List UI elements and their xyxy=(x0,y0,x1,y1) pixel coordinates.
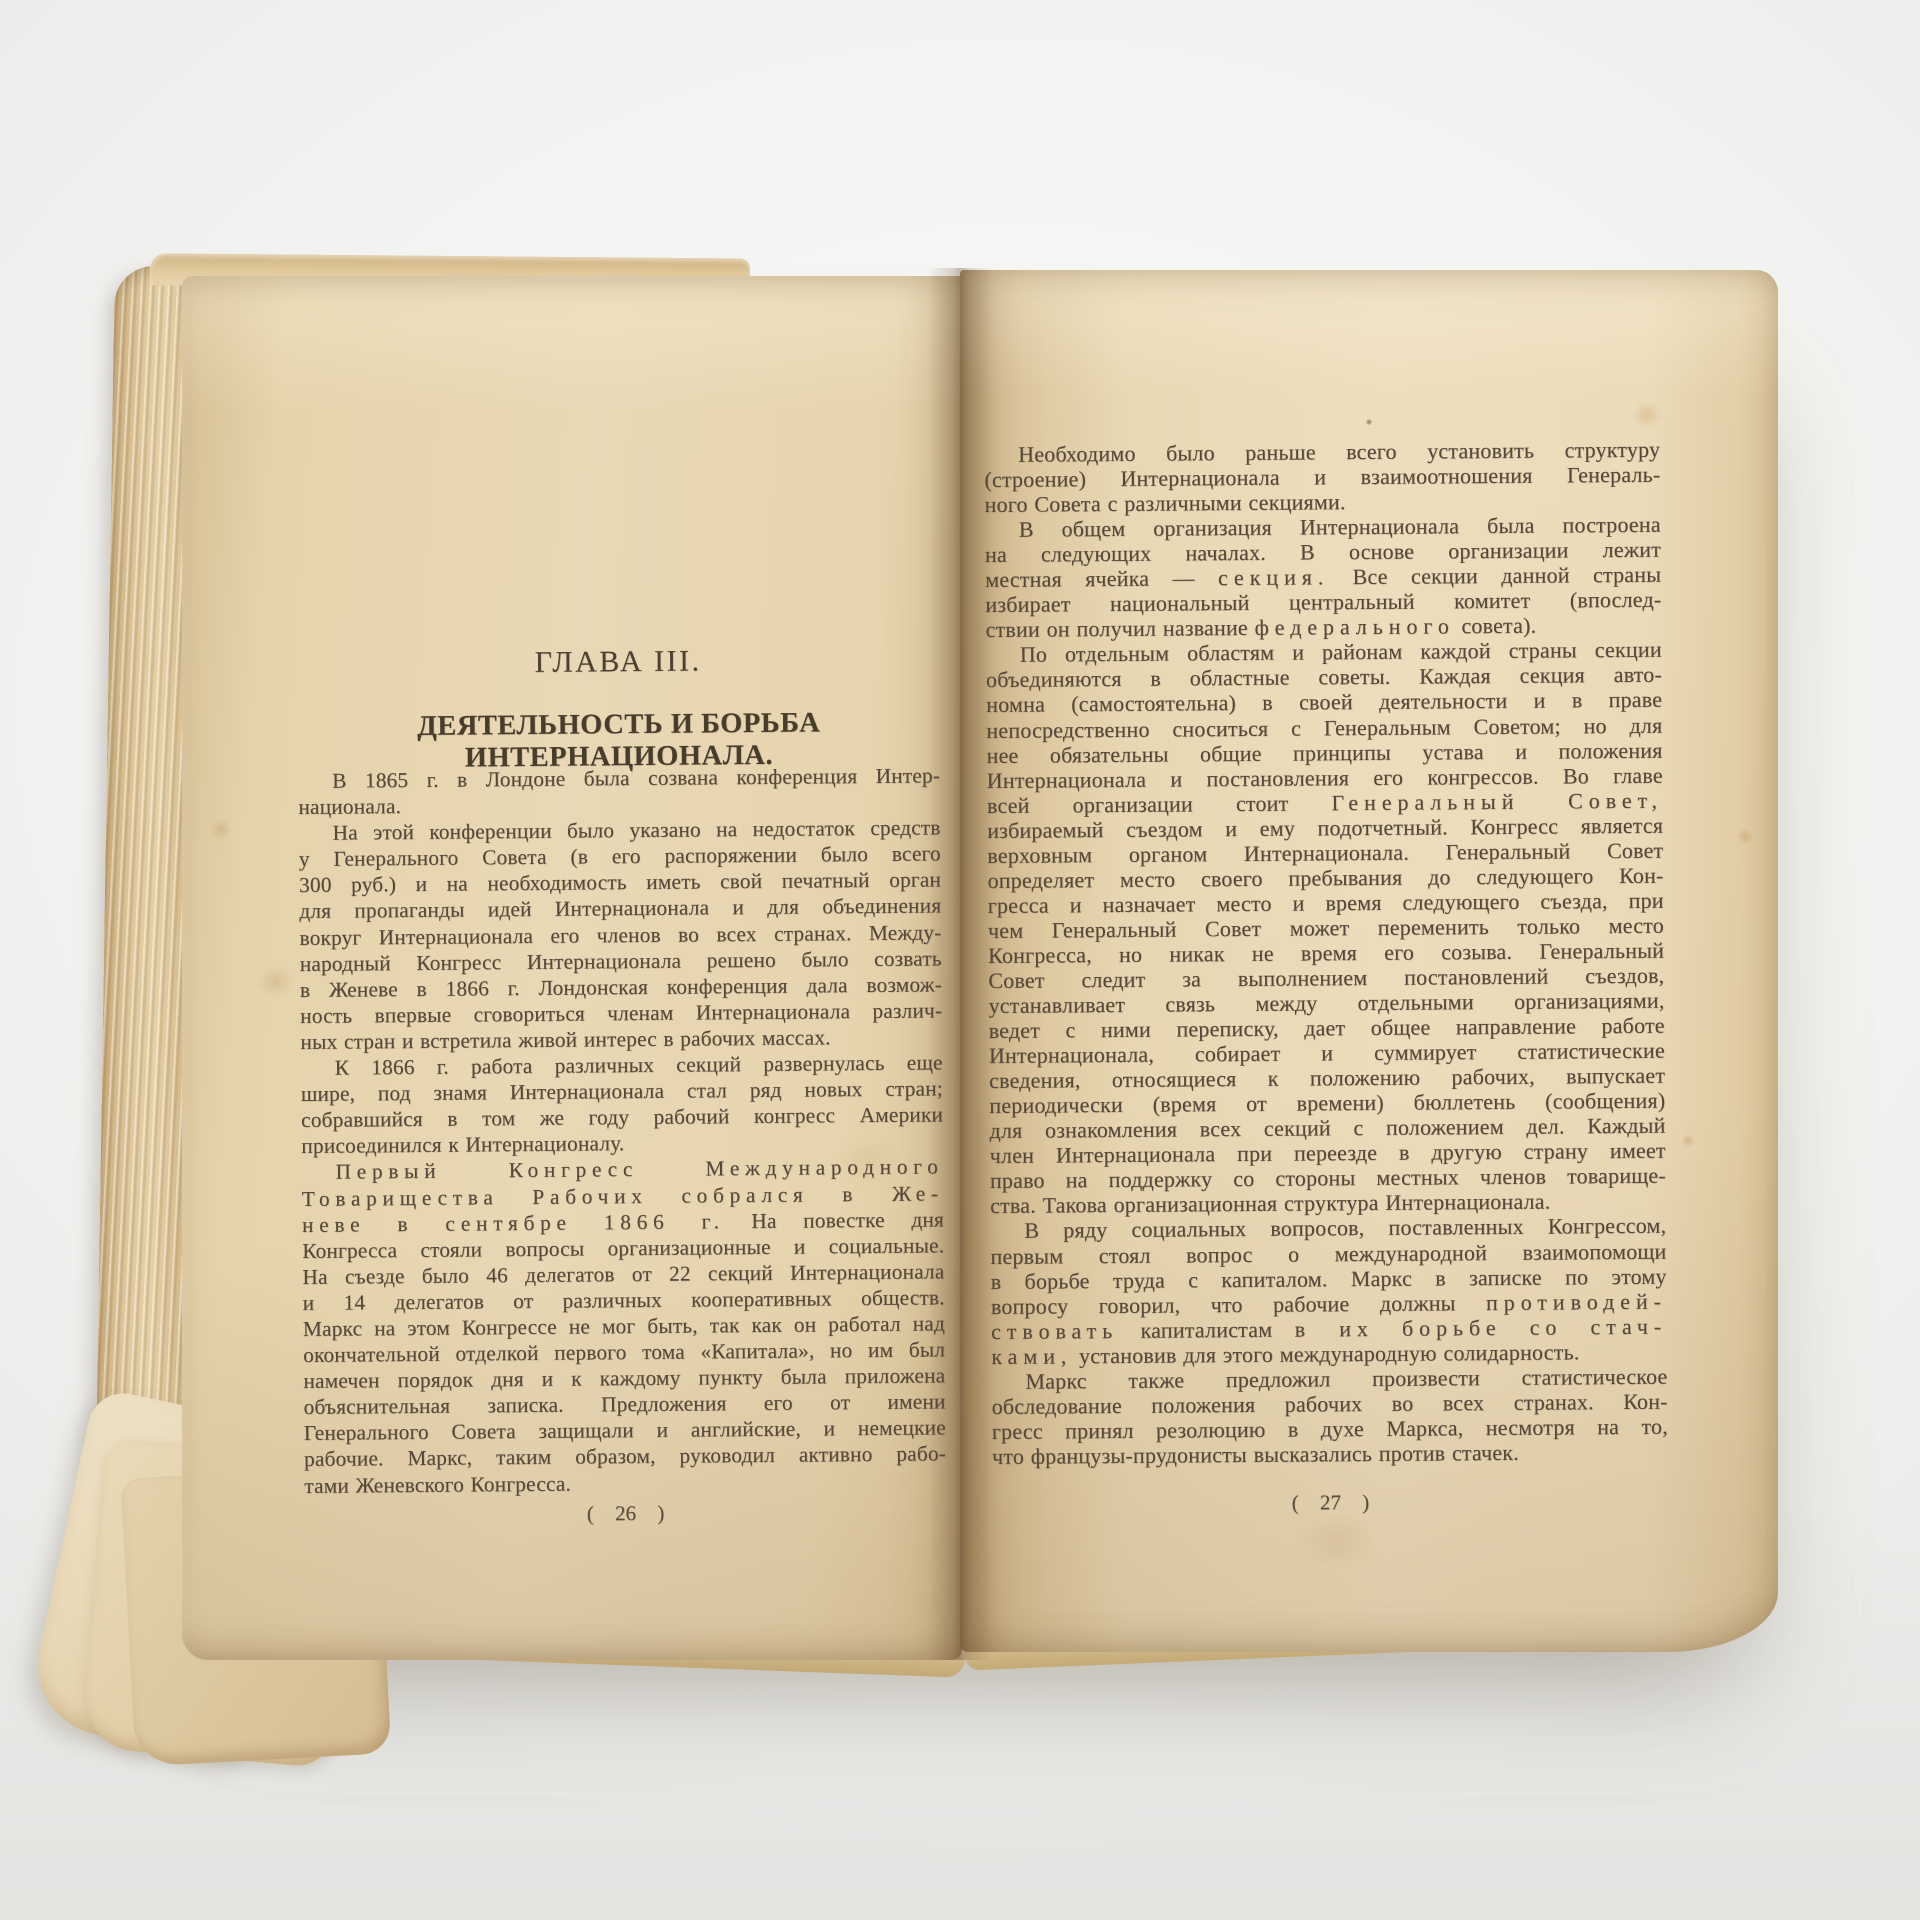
letterspaced-text: Товарищества Рабочих собрался в Же- xyxy=(302,1181,944,1211)
text-line: ность впервые сговориться членам Интерна… xyxy=(300,997,942,1029)
text-segment: тами Женевского Конгресса. xyxy=(304,1471,571,1497)
section-title: ДЕЯТЕЛЬНОСТЬ И БОРЬБА ИНТЕРНАЦИОНАЛА. xyxy=(298,706,940,768)
text-segment: капиталистам xyxy=(1118,1316,1295,1342)
text-segment: присоединился к Интернационалу. xyxy=(301,1131,624,1158)
letterspaced-text: секция. xyxy=(1218,565,1329,591)
text-line: что французы-прудонисты высказались прот… xyxy=(992,1439,1668,1469)
text-segment: ных стран и встретила живой интерес в ра… xyxy=(300,1025,830,1054)
text-segment: вокруг Интернационала его членов во всех… xyxy=(299,920,941,950)
letterspaced-text: неве в сентябре 1866 г. xyxy=(302,1209,725,1237)
text-segment: вопросу говорил, что рабочие должны xyxy=(991,1290,1486,1319)
letterspaced-text: ками, xyxy=(991,1343,1072,1369)
page-number-right: ( 27 ) xyxy=(992,1488,1668,1518)
text-line: гресс принял резолюцию в духе Маркса, не… xyxy=(992,1413,1668,1443)
text-segment: В 1865 г. в Лондоне была созвана конфере… xyxy=(332,763,940,792)
letterspaced-text: Генеральный Совет, xyxy=(1331,787,1663,815)
text-segment: местная ячейка — xyxy=(985,565,1218,592)
text-segment: национала. xyxy=(298,794,401,819)
text-segment: что французы-прудонисты высказались прот… xyxy=(992,1440,1519,1469)
text-segment: всей организации стоит xyxy=(987,790,1332,818)
text-segment: ствии он получил название xyxy=(985,615,1254,642)
text-segment: совета). xyxy=(1455,613,1537,639)
text-segment: установив для этого международную солида… xyxy=(1072,1339,1579,1368)
text-line: тами Женевского Конгресса. xyxy=(304,1467,946,1499)
text-segment: гресс принял резолюцию в духе Маркса, не… xyxy=(992,1413,1668,1443)
text-segment: рабочие. Маркс, таким образом, руководил… xyxy=(304,1442,946,1472)
letterspaced-text: противодей- xyxy=(1486,1288,1667,1314)
book-photo: ГЛАВА III. ДЕЯТЕЛЬНОСТЬ И БОРЬБА ИНТЕРНА… xyxy=(0,0,1920,1920)
text-line: рабочие. Маркс, таким образом, руководил… xyxy=(304,1441,946,1473)
text-segment: ного Совета с различными секциями. xyxy=(984,489,1345,517)
text-segment: для пропаганды идей Интернационала и для… xyxy=(299,894,941,924)
text-segment: собравшийся в том же году рабочий конгре… xyxy=(301,1103,943,1133)
chapter-heading: ГЛАВА III. xyxy=(297,642,940,712)
letterspaced-text: в их борьбе со стач- xyxy=(1295,1313,1668,1341)
text-segment: (строение) Интернационала и взаимоотноше… xyxy=(984,462,1660,492)
text-segment: ность впервые сговориться членам Интерна… xyxy=(300,998,942,1028)
page-right-content: Необходимо было раньше всего установить … xyxy=(984,425,1669,1518)
page-right-body: Необходимо было раньше всего установить … xyxy=(984,425,1668,1469)
text-segment: На повестке дня xyxy=(725,1207,944,1233)
letterspaced-text: Первый Конгресс Международного xyxy=(335,1155,943,1184)
text-line: (строение) Интернационала и взаимоотноше… xyxy=(984,462,1660,492)
text-segment: избирает национальный центральный комите… xyxy=(985,587,1661,617)
letterspaced-text: федерального xyxy=(1254,614,1454,641)
page-left-content: ГЛАВА III. ДЕЯТЕЛЬНОСТЬ И БОРЬБА ИНТЕРНА… xyxy=(297,642,947,1528)
page-left-body: В 1865 г. в Лондоне была созвана конфере… xyxy=(298,762,946,1498)
letterspaced-text: ствовать xyxy=(991,1318,1118,1344)
text-segment: Все секции данной страны xyxy=(1329,562,1661,590)
text-segment: право на поддержку со стороны местных чл… xyxy=(990,1163,1666,1193)
